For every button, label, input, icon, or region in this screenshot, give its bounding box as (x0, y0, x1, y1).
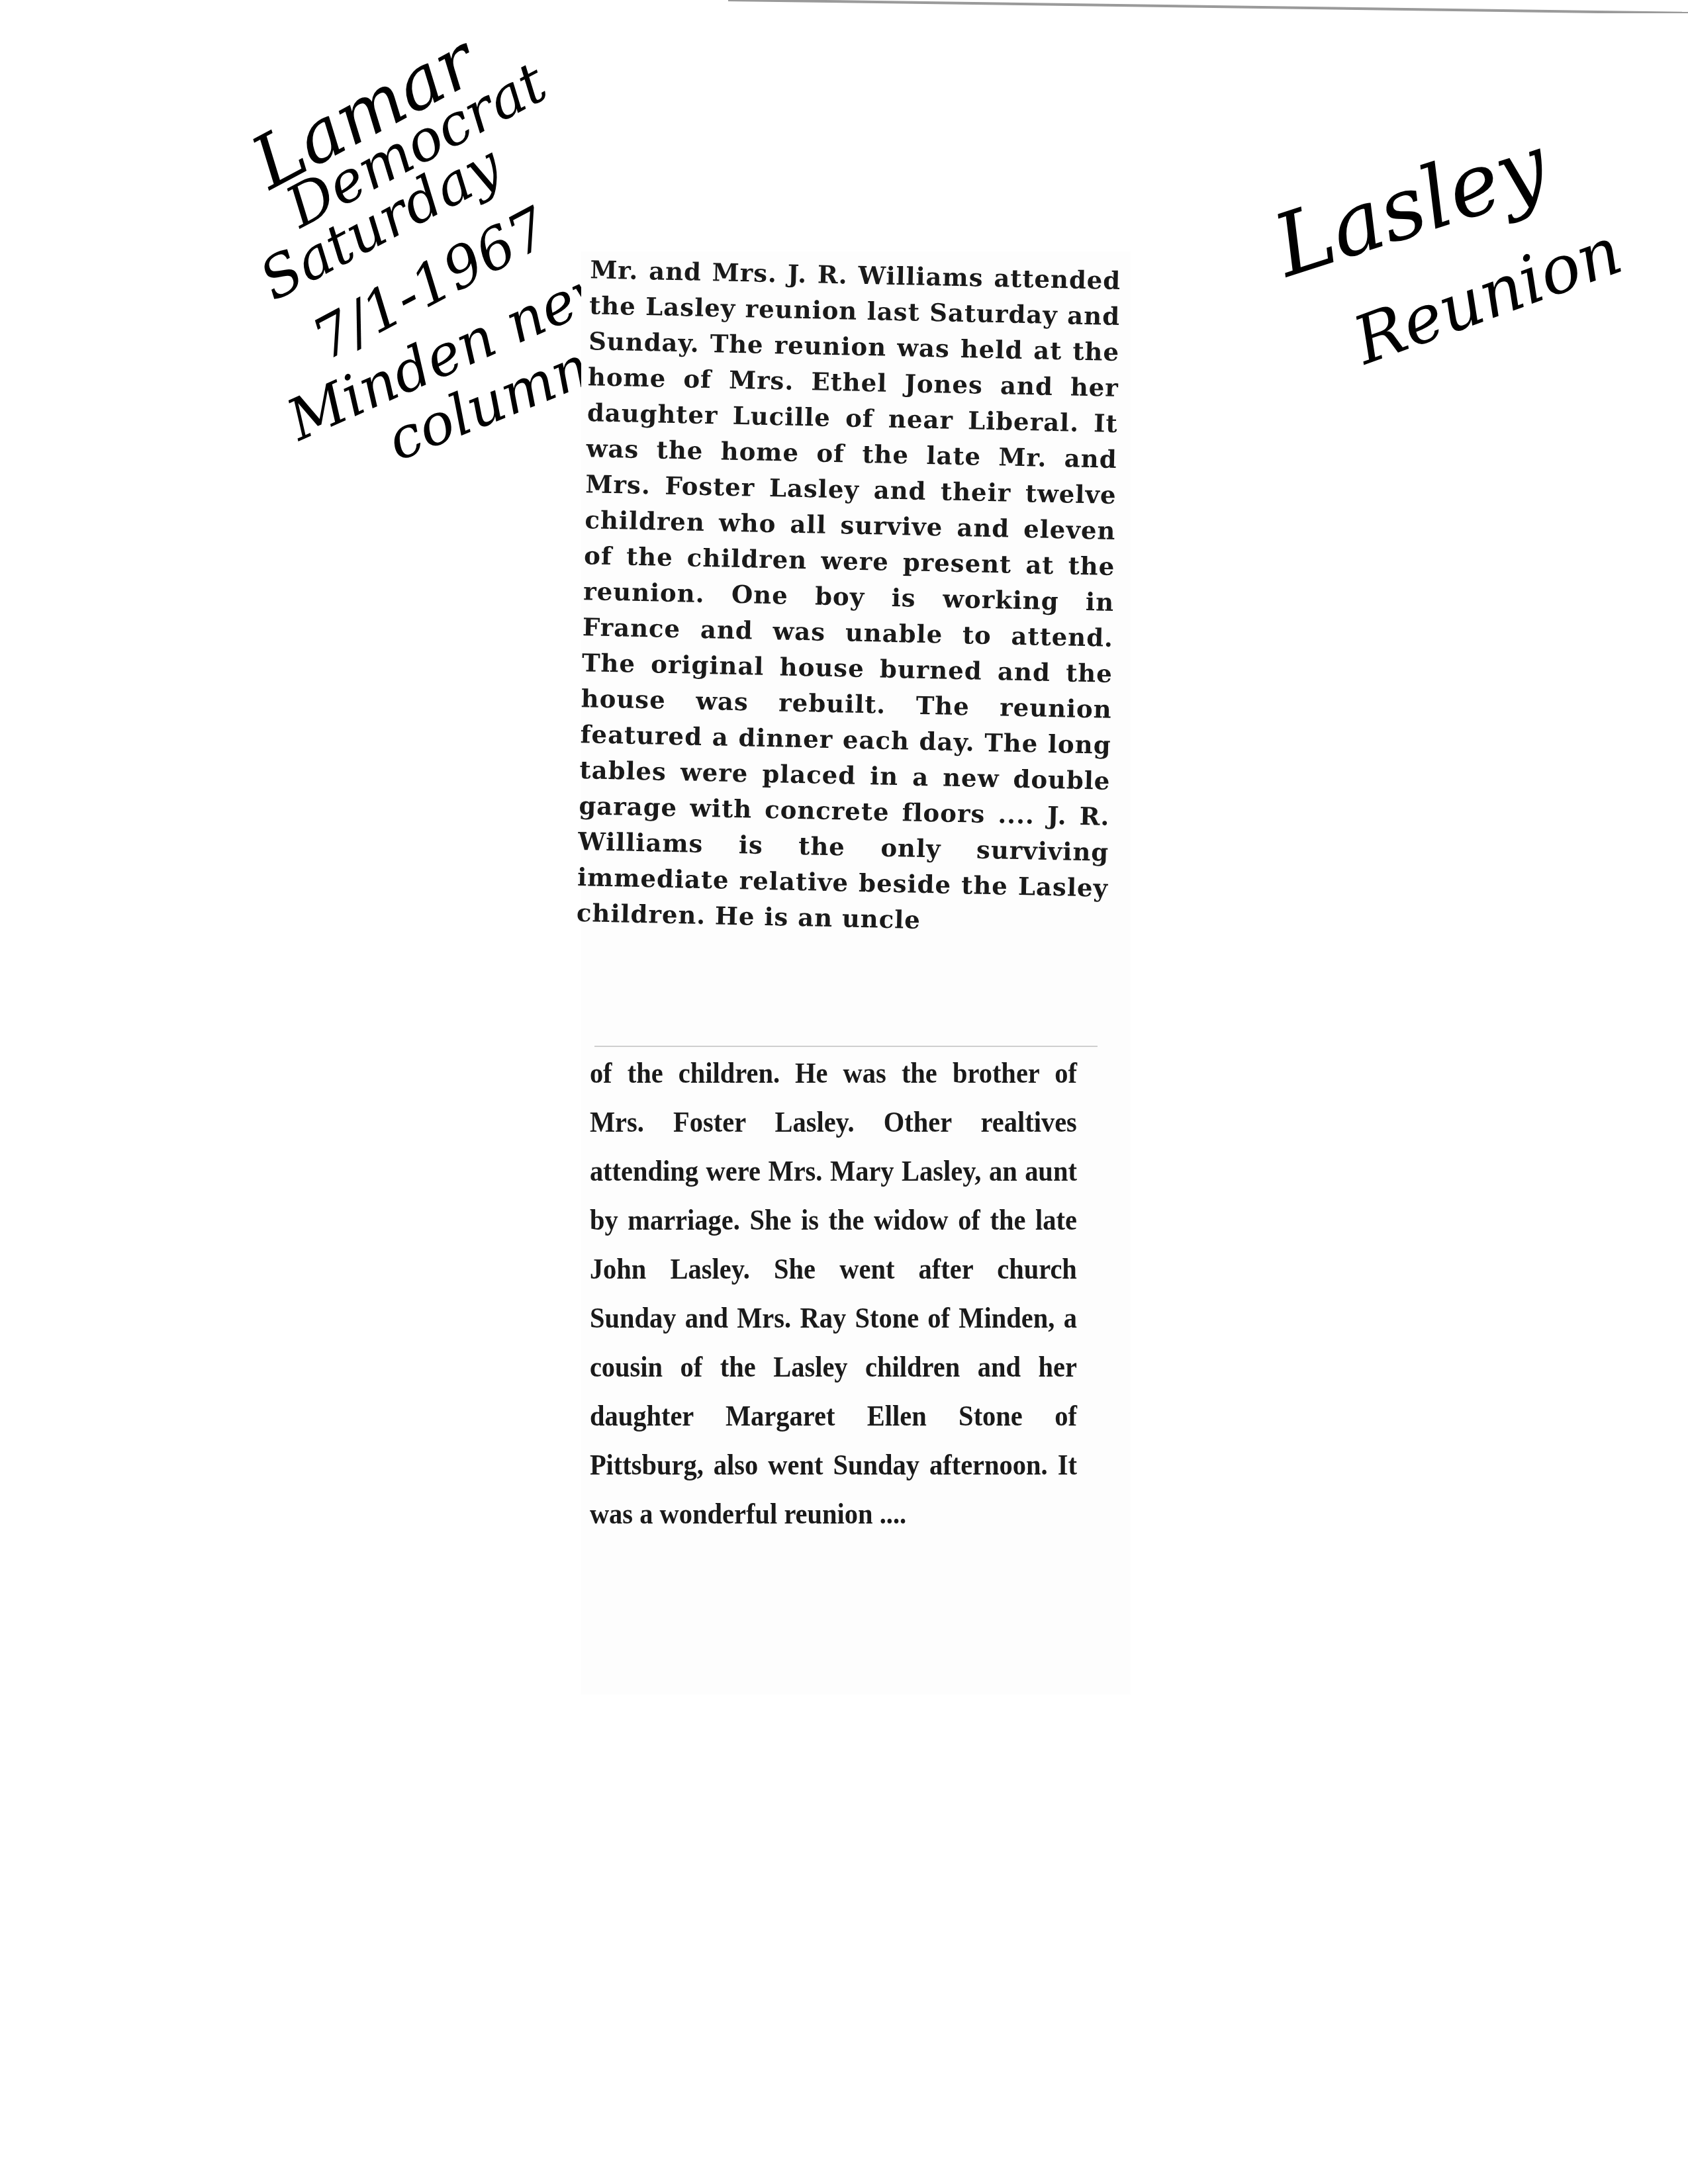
clipping-upper-section: Mr. and Mrs. J. R. Williams attended the… (564, 251, 1130, 1070)
clipping-seam-divider (594, 1046, 1098, 1047)
scan-edge-shadow (728, 0, 1688, 13)
article-text-part2: of the children. He was the brother of M… (581, 1049, 1086, 1539)
clipping-lower-section: of the children. He was the brother of M… (581, 1049, 1084, 1539)
handwritten-title-note: Lasley Reunion (1258, 159, 1602, 410)
handwritten-source-note: Lamar Democrat Saturday 7/1-1967 Minden … (218, 99, 589, 470)
article-text-part1: Mr. and Mrs. J. R. Williams attended the… (567, 251, 1131, 942)
newspaper-clipping: Mr. and Mrs. J. R. Williams attended the… (581, 251, 1131, 1694)
